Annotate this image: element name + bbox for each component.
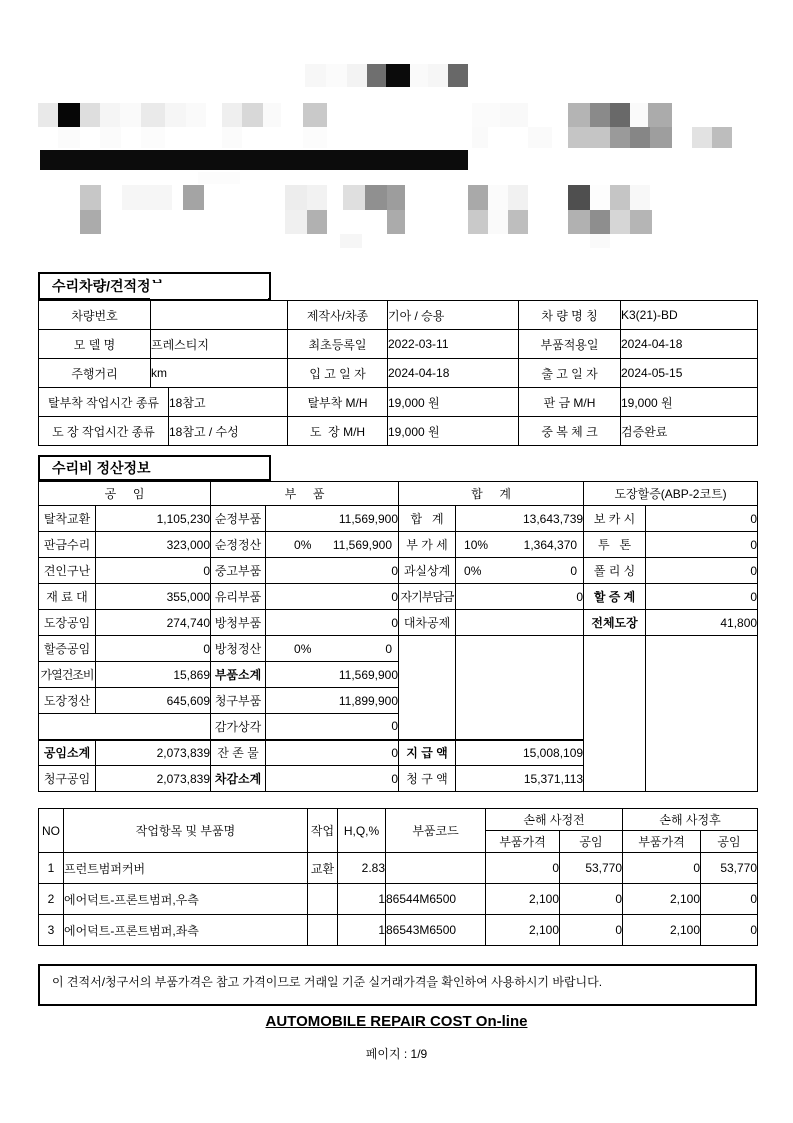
value-cell: 15,371,113: [456, 766, 584, 792]
hq-value: 1: [338, 884, 386, 915]
value-cell: 0: [646, 506, 758, 532]
brand-title-text: AUTOMOBILE REPAIR COST On-line: [266, 1013, 528, 1030]
label-cell: 도장정산: [39, 688, 96, 714]
label-cell: 도 장 작업시간 종류: [39, 417, 169, 446]
label-cell: 청구공임: [39, 766, 96, 792]
before-part-price: 0: [486, 853, 560, 884]
redaction-block: [648, 103, 672, 127]
before-labor: 53,770: [560, 853, 623, 884]
label-cell: 판금수리: [39, 532, 96, 558]
work-type: [308, 915, 338, 946]
label-cell: 대차공제: [399, 610, 456, 636]
label-cell: 가열건조비: [39, 662, 96, 688]
table-row: 도 장 작업시간 종류 18참고 / 수성 도 장 M/H 19,000 원 중…: [39, 417, 758, 446]
item-name: 프런트범퍼커버: [64, 853, 308, 884]
redaction-block: [428, 64, 448, 87]
table-header-row: NO 작업항목 및 부품명 작업 H,Q,% 부품코드 손해 사정전 손해 사정…: [39, 809, 758, 831]
redaction-block: [630, 210, 652, 234]
redaction-block: [610, 127, 630, 148]
before-part-price: 2,100: [486, 884, 560, 915]
value-cell: 0: [96, 636, 211, 662]
redaction-block: [347, 64, 367, 87]
table-row: 탈착교환 1,105,230 순정부품 11,569,900 합 계 13,64…: [39, 506, 758, 532]
redaction-block: [468, 185, 488, 210]
table-row: 주행거리 km 입 고 일 자 2024-04-18 출 고 일 자 2024-…: [39, 359, 758, 388]
value-cell: 41,800: [646, 610, 758, 636]
label-cell: 탈부착 M/H: [288, 388, 388, 417]
label-cell: 할증공임: [39, 636, 96, 662]
value-cell: 15,869: [96, 662, 211, 688]
label-cell: 부품소계: [211, 662, 266, 688]
redaction-block: [508, 185, 528, 210]
label-cell: 투 톤: [584, 532, 646, 558]
amount-value: 0: [385, 642, 398, 656]
redaction-block: [285, 210, 307, 234]
redaction-block: [222, 127, 242, 148]
redaction-block: [508, 210, 528, 234]
table-row: 공 임 부 품 합 계 도장할증(ABP-2코트): [39, 482, 758, 506]
value-cell: 0: [266, 558, 399, 584]
redaction-block: [590, 103, 610, 127]
before-part-price: 2,100: [486, 915, 560, 946]
column-header-code: 부품코드: [386, 809, 486, 853]
redaction-block: [448, 64, 468, 87]
redaction-block: [38, 103, 58, 127]
redaction-block: [568, 210, 590, 234]
label-cell: 유리부품: [211, 584, 266, 610]
value-cell: 19,000 원: [621, 388, 758, 417]
page-number: 페이지 : 1/9: [0, 1045, 793, 1062]
redaction-block: [303, 127, 327, 148]
column-header-part-price: 부품가격: [623, 831, 701, 853]
redaction-block: [468, 210, 488, 234]
column-header-part-price: 부품가격: [486, 831, 560, 853]
table-row: 차량번호 제작사/차종 기아 / 승용 차 량 명 칭 K3(21)-BD: [39, 301, 758, 330]
value-cell: 2024-04-18: [388, 359, 519, 388]
value-cell: 15,008,109: [456, 740, 584, 766]
value-cell-redacted: [151, 301, 288, 330]
after-labor: 0: [701, 915, 758, 946]
redaction-block: [343, 185, 365, 210]
value-cell: [456, 610, 584, 636]
part-code: 86544M6500: [386, 884, 486, 915]
after-part-price: 2,100: [623, 884, 701, 915]
redaction-block: [165, 103, 186, 127]
table-row: 3 에어덕트-프론트범퍼,좌측 1 86543M6500 2,100 0 2,1…: [39, 915, 758, 946]
table-row: 할증공임 0 방청정산 0%0: [39, 636, 758, 662]
part-code: 86543M6500: [386, 915, 486, 946]
table-row: 판금수리 323,000 순정정산 0%11,569,900 부 가 세 10%…: [39, 532, 758, 558]
redaction-block: [222, 103, 242, 127]
item-name: 에어덕트-프론트범퍼,좌측: [64, 915, 308, 946]
redaction-block: [242, 103, 263, 127]
label-cell: 탈착교환: [39, 506, 96, 532]
redaction-block: [141, 103, 165, 127]
repair-cost-document: 수리차량/견적정보 차량번호 제작사/차종 기아 / 승용 차 량 명 칭 K3…: [0, 0, 793, 1123]
value-cell: 0: [266, 714, 399, 740]
value-cell: 0: [266, 610, 399, 636]
label-cell: 부품적용일: [519, 330, 621, 359]
redaction-block: [528, 127, 552, 148]
row-number: 1: [39, 853, 64, 884]
percent-value: 0%: [266, 538, 311, 552]
value-cell: 2,073,839: [96, 740, 211, 766]
disclaimer-text: 이 견적서/청구서의 부품가격은 참고 가격이므로 거래일 기준 실거래가격을 …: [52, 975, 602, 989]
label-cell: 중고부품: [211, 558, 266, 584]
amount-value: 0: [570, 564, 583, 578]
redaction-block: [122, 185, 172, 210]
value-cell: 11,569,900: [266, 506, 399, 532]
value-cell: 기아 / 승용: [388, 301, 519, 330]
redaction-block: [590, 210, 610, 234]
label-cell: 순정정산: [211, 532, 266, 558]
label-cell: 지 급 액: [399, 740, 456, 766]
page-number-text: 페이지 : 1/9: [366, 1047, 427, 1061]
label-cell: 중 복 체 크: [519, 417, 621, 446]
label-cell: 차감소계: [211, 766, 266, 792]
group-header-paint: 도장할증(ABP-2코트): [584, 482, 758, 506]
label-cell: 폴 리 싱: [584, 558, 646, 584]
table-row: 재 료 대 355,000 유리부품 0 자기부담금 0 할 증 계 0: [39, 584, 758, 610]
hq-value: 1: [338, 915, 386, 946]
redaction-block: [650, 127, 672, 148]
column-header-hq: H,Q,%: [338, 809, 386, 853]
redaction-block: [80, 185, 101, 210]
table-row: 도장공임 274,740 방청부품 0 대차공제 전체도장 41,800: [39, 610, 758, 636]
label-cell: 전체도장: [584, 610, 646, 636]
redaction-block: [367, 64, 386, 87]
after-part-price: 0: [623, 853, 701, 884]
value-cell: 2024-04-18: [621, 330, 758, 359]
redaction-block: [120, 103, 141, 127]
brand-title: AUTOMOBILE REPAIR COST On-line: [0, 1013, 793, 1030]
label-cell: 탈부착 작업시간 종류: [39, 388, 169, 417]
value-cell: 0: [456, 584, 584, 610]
redaction-block: [80, 103, 100, 127]
redaction-block: [488, 210, 508, 234]
value-cell: 274,740: [96, 610, 211, 636]
table-row: 2 에어덕트-프론트범퍼,우측 1 86544M6500 2,100 0 2,1…: [39, 884, 758, 915]
value-cell: 355,000: [96, 584, 211, 610]
settlement-section-title: 수리비 정산정보: [38, 455, 271, 481]
part-code: [386, 853, 486, 884]
value-cell: 645,609: [96, 688, 211, 714]
label-cell: 방청부품: [211, 610, 266, 636]
amount-value: 1,364,370: [524, 538, 583, 552]
redaction-block: [568, 127, 610, 148]
label-cell: 잔 존 물: [211, 740, 266, 766]
label-cell: 재 료 대: [39, 584, 96, 610]
value-cell: 18참고 / 수성: [169, 417, 288, 446]
settlement-section-title-text: 수리비 정산정보: [52, 458, 151, 478]
value-cell: 11,899,900: [266, 688, 399, 714]
redaction-block: [307, 185, 327, 210]
label-cell: 도 장 M/H: [288, 417, 388, 446]
redaction-block: [80, 210, 101, 234]
column-header-work: 작업: [308, 809, 338, 853]
redaction-block: [712, 127, 732, 148]
redaction-block: [100, 103, 120, 127]
group-header-parts: 부 품: [211, 482, 399, 506]
value-cell: 19,000 원: [388, 417, 519, 446]
label-cell: 청구부품: [211, 688, 266, 714]
label-cell: 도장공임: [39, 610, 96, 636]
redaction-block: [305, 64, 326, 87]
vehicle-section-title-text: 수리차량/견적정보: [52, 276, 164, 296]
label-cell: 차 량 명 칭: [519, 301, 621, 330]
value-cell: K3(21)-BD: [621, 301, 758, 330]
redaction-block: [500, 103, 528, 127]
value-cell: 0: [266, 766, 399, 792]
value-cell: 11,569,900: [266, 662, 399, 688]
after-labor: 53,770: [701, 853, 758, 884]
value-cell: km: [151, 359, 288, 388]
value-cell: 프레스티지: [151, 330, 288, 359]
percent-value: 0%: [456, 564, 481, 578]
redaction-block: [610, 210, 630, 234]
column-header-after: 손해 사정후: [623, 809, 758, 831]
label-cell: 출 고 일 자: [519, 359, 621, 388]
empty-cell: [646, 636, 758, 792]
redaction-block: [630, 127, 650, 148]
table-row: 1 프런트범퍼커버 교환 2.83 0 53,770 0 53,770: [39, 853, 758, 884]
before-labor: 0: [560, 884, 623, 915]
redaction-block: [488, 185, 508, 210]
settlement-table: 공 임 부 품 합 계 도장할증(ABP-2코트) 탈착교환 1,105,230…: [38, 481, 758, 792]
label-cell: 최초등록일: [288, 330, 388, 359]
value-cell: 0%0: [456, 558, 584, 584]
redaction-block: [100, 127, 121, 148]
table-row: 모 델 명 프레스티지 최초등록일 2022-03-11 부품적용일 2024-…: [39, 330, 758, 359]
label-cell: 주행거리: [39, 359, 151, 388]
redaction-block: [141, 127, 165, 148]
redaction-block: [590, 185, 610, 210]
label-cell: 모 델 명: [39, 330, 151, 359]
value-cell: 10%1,364,370: [456, 532, 584, 558]
label-cell: 보 카 시: [584, 506, 646, 532]
value-cell: 323,000: [96, 532, 211, 558]
empty-cell: [456, 636, 584, 740]
label-cell: 입 고 일 자: [288, 359, 388, 388]
value-cell: 2022-03-11: [388, 330, 519, 359]
amount-value: 11,569,900: [333, 538, 398, 552]
redaction-block: [263, 103, 281, 127]
redaction-block: [307, 210, 327, 234]
label-cell: 과실상계: [399, 558, 456, 584]
column-header-labor: 공임: [701, 831, 758, 853]
redaction-block: [630, 103, 648, 127]
redaction-block: [590, 234, 610, 248]
after-labor: 0: [701, 884, 758, 915]
value-cell: 0: [266, 584, 399, 610]
redaction-block: [410, 64, 428, 87]
column-header-no: NO: [39, 809, 64, 853]
redaction-block: [387, 210, 405, 234]
redaction-block: [198, 172, 240, 184]
group-header-labor: 공 임: [39, 482, 211, 506]
label-cell: 부 가 세: [399, 532, 456, 558]
value-cell: 1,105,230: [96, 506, 211, 532]
work-type: [308, 884, 338, 915]
vehicle-info-table: 차량번호 제작사/차종 기아 / 승용 차 량 명 칭 K3(21)-BD 모 …: [38, 300, 758, 446]
redaction-block: [340, 234, 362, 248]
value-cell: 검증완료: [621, 417, 758, 446]
disclaimer-box: 이 견적서/청구서의 부품가격은 참고 가격이므로 거래일 기준 실거래가격을 …: [38, 964, 757, 1006]
label-cell: 순정부품: [211, 506, 266, 532]
redaction-white-box: [150, 283, 268, 299]
column-header-name: 작업항목 및 부품명: [64, 809, 308, 853]
after-part-price: 2,100: [623, 915, 701, 946]
redaction-block: [40, 150, 468, 170]
redaction-block: [692, 127, 712, 148]
row-number: 3: [39, 915, 64, 946]
value-cell: 2024-05-15: [621, 359, 758, 388]
label-cell: 감가상각: [211, 714, 266, 740]
label-cell: 방청정산: [211, 636, 266, 662]
table-row: 견인구난 0 중고부품 0 과실상계 0%0 폴 리 싱 0: [39, 558, 758, 584]
value-cell: 19,000 원: [388, 388, 519, 417]
label-cell: 판 금 M/H: [519, 388, 621, 417]
item-name: 에어덕트-프론트범퍼,우측: [64, 884, 308, 915]
column-header-labor: 공임: [560, 831, 623, 853]
work-items-table: NO 작업항목 및 부품명 작업 H,Q,% 부품코드 손해 사정전 손해 사정…: [38, 808, 758, 946]
value-cell: 18참고: [169, 388, 288, 417]
row-number: 2: [39, 884, 64, 915]
redaction-block: [472, 127, 488, 148]
redaction-block: [326, 64, 347, 87]
redaction-block: [58, 103, 80, 127]
redaction-block: [387, 185, 405, 210]
label-cell: 공임소계: [39, 740, 96, 766]
empty-cell: [584, 636, 646, 792]
value-cell: 0: [646, 532, 758, 558]
value-cell: 0: [646, 558, 758, 584]
redaction-block: [186, 103, 206, 127]
value-cell: 13,643,739: [456, 506, 584, 532]
redaction-block: [386, 64, 410, 87]
redaction-block: [472, 103, 500, 127]
before-labor: 0: [560, 915, 623, 946]
redaction-block: [568, 103, 590, 127]
value-cell: 2,073,839: [96, 766, 211, 792]
redaction-block: [610, 103, 630, 127]
percent-value: 10%: [456, 538, 488, 552]
group-header-total: 합 계: [399, 482, 584, 506]
label-cell: 합 계: [399, 506, 456, 532]
table-row: 탈부착 작업시간 종류 18참고 탈부착 M/H 19,000 원 판 금 M/…: [39, 388, 758, 417]
empty-cell: [399, 636, 456, 740]
redaction-block: [365, 185, 387, 210]
redaction-block: [285, 185, 307, 210]
value-cell: 0: [646, 584, 758, 610]
redaction-block: [303, 103, 327, 127]
percent-value: 0%: [266, 642, 311, 656]
value-cell: 0%11,569,900: [266, 532, 399, 558]
label-cell: 할 증 계: [584, 584, 646, 610]
value-cell: 0: [266, 740, 399, 766]
hq-value: 2.83: [338, 853, 386, 884]
label-cell: 견인구난: [39, 558, 96, 584]
empty-cell: [39, 714, 211, 740]
redaction-block: [568, 185, 590, 210]
label-cell: 청 구 액: [399, 766, 456, 792]
label-cell: 제작사/차종: [288, 301, 388, 330]
label-cell: 자기부담금: [399, 584, 456, 610]
redaction-block: [630, 185, 650, 210]
column-header-before: 손해 사정전: [486, 809, 623, 831]
value-cell: 0%0: [266, 636, 399, 662]
redaction-block: [183, 185, 204, 210]
value-cell: 0: [96, 558, 211, 584]
work-type: 교환: [308, 853, 338, 884]
redaction-block: [58, 127, 80, 148]
label-cell: 차량번호: [39, 301, 151, 330]
redaction-block: [610, 185, 630, 210]
